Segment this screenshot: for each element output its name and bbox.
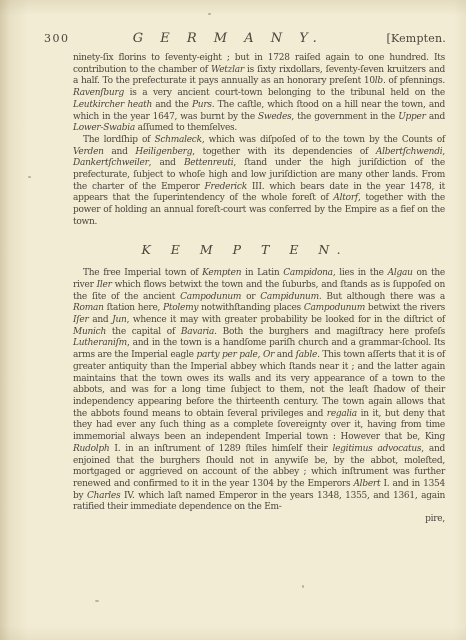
paragraph-kempten: The free Imperial town of Kempten in Lat… [73,268,445,514]
page-speck [208,13,211,15]
paragraph-schmaleck: The lordſhip of Schmaleck, which was diſ… [73,135,445,229]
page-speck [302,585,304,588]
page-speck [28,176,31,178]
page-header: 300 G E R M A N Y. [Kempten. [44,31,446,46]
page-number: 300 [44,32,70,45]
catchword: pire, [73,514,445,526]
book-page: 300 G E R M A N Y. [Kempten. ninety-ſix … [0,0,466,640]
running-title: G E R M A N Y. [70,31,387,46]
page-body: ninety-ſix florins to ſeventy-eight ; bu… [73,53,445,526]
header-section-marker: [Kempten. [386,32,446,45]
paragraph-contribution: ninety-ſix florins to ſeventy-eight ; bu… [73,53,445,135]
page-speck [95,600,99,602]
section-heading-kempten: K E M P T E N. [59,244,431,256]
